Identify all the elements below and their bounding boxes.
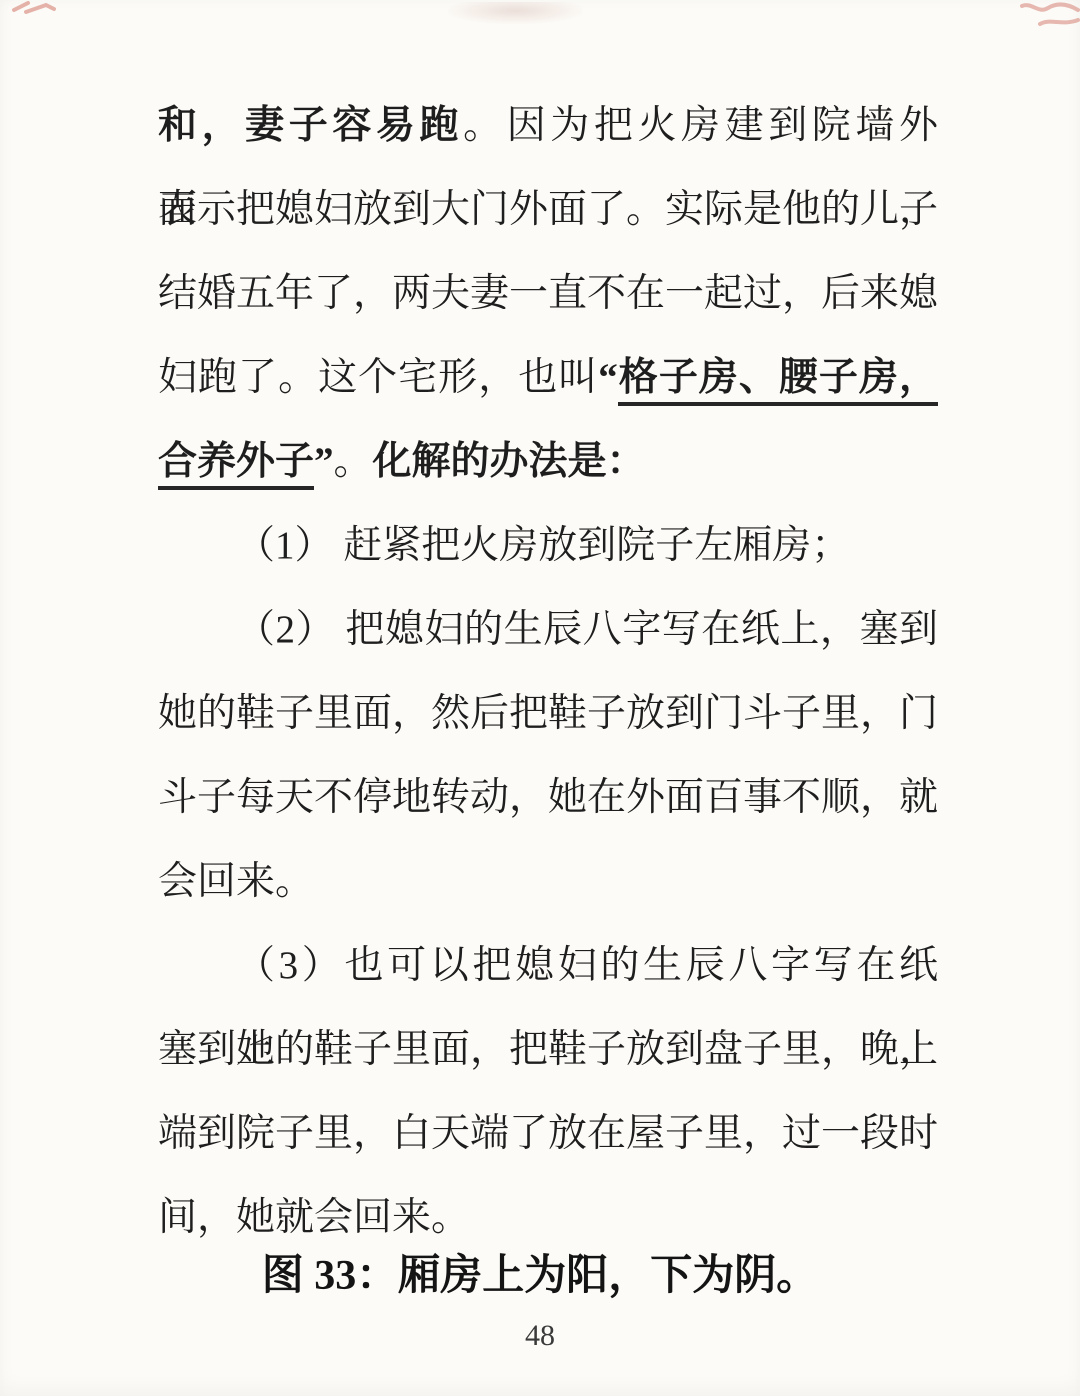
figure-caption: 图 33：厢房上为阳，下为阴。 — [0, 1234, 1080, 1318]
text-line: 会回来。 — [158, 840, 938, 924]
scan-mark-top-right-icon — [1018, 0, 1080, 30]
text-segment: （2） 把媳妇的生辰八字写在纸上，塞到 — [236, 608, 938, 651]
text-line: 结婚五年了，两夫妻一直不在一起过，后来媳 — [158, 252, 938, 336]
scan-mark-top-left-icon — [12, 0, 56, 16]
text-line: 合养外子”。化解的办法是： — [158, 420, 938, 504]
text-segment: 妇跑了。这个宅形，也叫 — [158, 356, 598, 399]
text-segment: 和，妻子容易跑 — [158, 104, 463, 147]
text-segment: 斗子每天不停地转动，她在外面百事不顺，就 — [158, 776, 938, 819]
underlined-term: 格子房、腰子房， — [618, 356, 938, 406]
text-line: 斗子每天不停地转动，她在外面百事不顺，就 — [158, 756, 938, 840]
text-segment: ” — [314, 440, 334, 483]
text-line: 她的鞋子里面，然后把鞋子放到门斗子里，门 — [158, 672, 938, 756]
text-segment: 塞到她的鞋子里面，把鞋子放到盘子里，晚上 — [158, 1028, 938, 1071]
text-segment: 会回来。 — [158, 860, 314, 903]
text-line: 塞到她的鞋子里面，把鞋子放到盘子里，晚上 — [158, 1008, 938, 1092]
text-segment: 结婚五年了，两夫妻一直不在一起过，后来媳 — [158, 272, 938, 315]
text-segment: 表示把媳妇放到大门外面了。实际是他的儿子 — [158, 188, 938, 231]
text-segment: 端到院子里，白天端了放在屋子里，过一段时 — [158, 1112, 938, 1155]
text-block: 和，妻子容易跑。因为把火房建到院墙外面，表示把媳妇放到大门外面了。实际是他的儿子… — [158, 84, 938, 1260]
underlined-term: 合养外子 — [158, 440, 314, 490]
text-line: （2） 把媳妇的生辰八字写在纸上，塞到 — [158, 588, 938, 672]
scanned-book-page: 和，妻子容易跑。因为把火房建到院墙外面，表示把媳妇放到大门外面了。实际是他的儿子… — [0, 0, 1080, 1396]
text-line: 表示把媳妇放到大门外面了。实际是他的儿子 — [158, 168, 938, 252]
text-segment: 化解的办法是： — [373, 440, 646, 483]
text-segment: （1） 赶紧把火房放到院子左厢房； — [236, 524, 850, 567]
text-line: （1） 赶紧把火房放到院子左厢房； — [158, 504, 938, 588]
text-segment: 。 — [334, 440, 373, 483]
text-segment: “ — [598, 356, 618, 399]
scan-smudge-top-center — [448, 2, 583, 24]
text-segment: 间，她就会回来。 — [158, 1196, 470, 1239]
text-line: 和，妻子容易跑。因为把火房建到院墙外面， — [158, 84, 938, 168]
page-number: 48 — [0, 1314, 1080, 1358]
text-line: （3）也可以把媳妇的生辰八字写在纸上， — [158, 924, 938, 1008]
text-line: 端到院子里，白天端了放在屋子里，过一段时 — [158, 1092, 938, 1176]
text-segment: 她的鞋子里面，然后把鞋子放到门斗子里，门 — [158, 692, 938, 735]
text-line: 妇跑了。这个宅形，也叫“格子房、腰子房， — [158, 336, 938, 420]
